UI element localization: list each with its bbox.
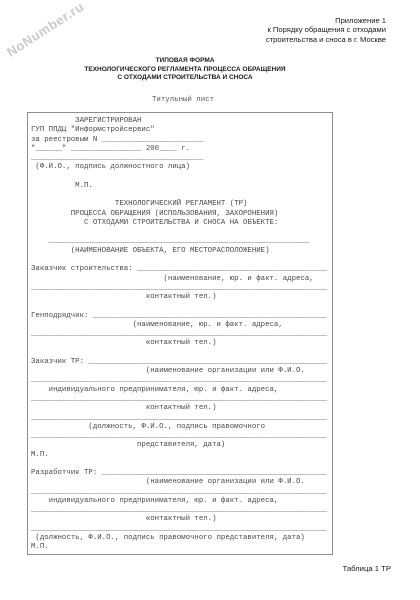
watermark: NoNumber.ru xyxy=(4,0,87,60)
form-line: _______________________________________ xyxy=(31,154,332,163)
form-line: Генподрядчик: __________________________… xyxy=(31,312,332,321)
form-line: представителя, дата) xyxy=(31,441,332,450)
form-line: (должность, Ф.И.О., подпись правомочного xyxy=(31,423,332,432)
form-line: (наименование организации или Ф.И.О. xyxy=(31,367,332,376)
form-line: (НАИМЕНОВАНИЕ ОБЪЕКТА, ЕГО МЕСТОРАСПОЛОЖ… xyxy=(31,247,332,256)
form-line: за реестровым N _______________________ xyxy=(31,136,332,145)
form-line: (наименование, юр. и факт. адреса, xyxy=(31,321,332,330)
form-line: ________________________________________… xyxy=(31,376,332,385)
form-line: "______" ________________ 200____ г. xyxy=(31,145,332,154)
form-line: ________________________________________… xyxy=(31,395,332,404)
form-line: М.П. xyxy=(31,451,332,460)
form-line: ТЕХНОЛОГИЧЕСКИЙ РЕГЛАМЕНТ (ТР) xyxy=(31,200,332,209)
registration-form-box: ЗАРЕГИСТРИРОВАНГУП ППДЦ "Информстройсерв… xyxy=(27,112,333,555)
table-caption: Таблица 1 ТР xyxy=(342,564,391,573)
form-line: (Ф.И.О., подпись должностного лица) xyxy=(31,163,332,172)
form-line: контактный тел.) xyxy=(31,293,332,302)
form-title: ТИПОВАЯ ФОРМА ТЕХНОЛОГИЧЕСКОГО РЕГЛАМЕНТ… xyxy=(0,57,370,83)
form-line: ________________________________________… xyxy=(31,414,332,423)
form-line xyxy=(31,349,332,358)
form-title-line: С ОТХОДАМИ СТРОИТЕЛЬСТВА И СНОСА xyxy=(0,74,370,83)
form-line: (наименование, юр. и факт. адреса, xyxy=(31,275,332,284)
form-line: ЗАРЕГИСТРИРОВАН xyxy=(31,117,332,126)
annex-note-line: Приложение 1 xyxy=(266,16,386,25)
form-line: (должность, Ф.И.О., подпись правомочного… xyxy=(31,534,332,543)
form-line: индивидуального предпринимателя, юр. и ф… xyxy=(31,497,332,506)
form-line: ________________________________________… xyxy=(31,525,332,534)
form-line: Заказчик строительства: ________________… xyxy=(31,265,332,274)
form-line: ГУП ППДЦ "Информстройсервис" xyxy=(31,126,332,135)
page-subtitle: Титульный лист xyxy=(0,96,366,104)
form-line: Разработчик ТР: ________________________… xyxy=(31,469,332,478)
form-line: контактный тел.) xyxy=(31,515,332,524)
form-line: ________________________________________… xyxy=(31,330,332,339)
form-line: ________________________________________… xyxy=(31,488,332,497)
form-title-line: ТЕХНОЛОГИЧЕСКОГО РЕГЛАМЕНТА ПРОЦЕССА ОБР… xyxy=(0,66,370,75)
form-line xyxy=(31,173,332,182)
form-line: ________________________________________… xyxy=(31,284,332,293)
form-line: С ОТХОДАМИ СТРОИТЕЛЬСТВА И СНОСА НА ОБЪЕ… xyxy=(31,219,332,228)
form-title-line: ТИПОВАЯ ФОРМА xyxy=(0,57,370,66)
form-line xyxy=(31,460,332,469)
form-line: (наименование организации или Ф.И.О. xyxy=(31,478,332,487)
document-page: NoNumber.ru Приложение 1 к Порядку обращ… xyxy=(0,0,420,600)
form-line xyxy=(31,256,332,265)
form-line xyxy=(31,302,332,311)
form-line: индивидуального предпринимателя, юр. и ф… xyxy=(31,386,332,395)
form-line: М.П. xyxy=(31,182,332,191)
form-line: контактный тел.) xyxy=(31,404,332,413)
annex-note-line: строительства и сноса в г. Москве xyxy=(266,35,386,44)
form-line: ПРОЦЕССА ОБРАЩЕНИЯ (ИСПОЛЬЗОВАНИЯ, ЗАХОР… xyxy=(31,210,332,219)
form-line: контактный тел.) xyxy=(31,339,332,348)
form-line: ________________________________________… xyxy=(31,237,332,246)
annex-note-line: к Порядку обращения с отходами xyxy=(266,25,386,34)
form-line: Заказчик ТР: ___________________________… xyxy=(31,358,332,367)
form-line xyxy=(31,191,332,200)
form-line xyxy=(31,228,332,237)
form-line: ________________________________________… xyxy=(31,432,332,441)
annex-note: Приложение 1 к Порядку обращения с отход… xyxy=(266,16,386,44)
form-line: М.П. xyxy=(31,543,332,552)
